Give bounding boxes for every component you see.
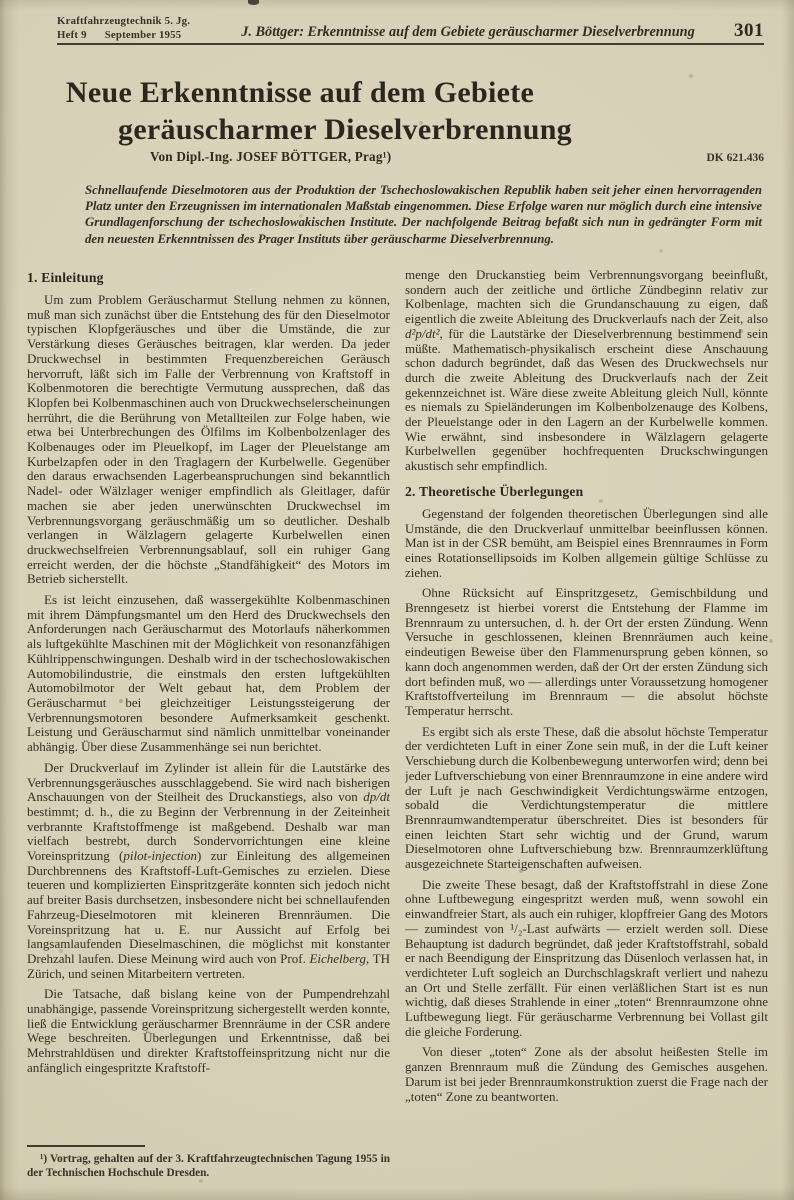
title-line-2: geräuscharmer Dieselverbrennung: [110, 111, 580, 148]
journal-page: Kraftfahrzeugtechnik 5. Jg. Heft 9 Septe…: [0, 0, 794, 1200]
running-title: J. Böttger: Erkenntnisse auf dem Gebiete…: [232, 24, 704, 42]
body-paragraph: Es ergibt sich als erste These, daß die …: [405, 725, 768, 872]
journal-name: Kraftfahrzeugtechnik 5. Jg.: [57, 14, 232, 28]
text-columns: 1. Einleitung Um zum Problem Geräuscharm…: [27, 268, 768, 1180]
paper-speckles: [0, 0, 2, 2]
running-head: Kraftfahrzeugtechnik 5. Jg. Heft 9 Septe…: [57, 14, 764, 42]
body-paragraph-continuation: menge den Druckanstieg beim Verbrennungs…: [405, 268, 768, 474]
body-paragraph: Ohne Rücksicht auf Einspritzgesetz, Gemi…: [405, 586, 768, 718]
footnote-block: ¹) Vortrag, gehalten auf der 3. Kraftfah…: [27, 1137, 390, 1180]
body-paragraph: Gegenstand der folgenden theoretischen Ü…: [405, 507, 768, 581]
column-right: menge den Druckanstieg beim Verbrennungs…: [405, 268, 768, 1180]
title-line-1: Neue Erkenntnisse auf dem Gebiete: [20, 74, 580, 111]
body-paragraph: Die Tatsache, daß bislang keine von der …: [27, 987, 390, 1075]
journal-info: Kraftfahrzeugtechnik 5. Jg. Heft 9 Septe…: [57, 14, 232, 42]
article-title: Neue Erkenntnisse auf dem Gebiete geräus…: [20, 74, 580, 148]
body-paragraph: Es ist leicht einzusehen, daß wassergekü…: [27, 593, 390, 755]
journal-issue-number: Heft 9: [57, 28, 87, 42]
scan-artifact: [248, 0, 259, 5]
journal-issue: Heft 9 September 1955: [57, 28, 232, 42]
abstract: Schnellaufende Dieselmotoren aus der Pro…: [85, 182, 762, 247]
body-paragraph: Der Druckverlauf im Zylinder ist allein …: [27, 761, 390, 982]
section-2-heading: 2. Theoretische Überlegungen: [405, 484, 768, 500]
dk-classification: DK 621.436: [707, 152, 765, 164]
column-left: 1. Einleitung Um zum Problem Geräuscharm…: [27, 268, 390, 1180]
author-byline: Von Dipl.-Ing. JOSEF BÖTTGER, Prag¹): [150, 149, 391, 165]
page-number: 301: [704, 20, 764, 42]
footnote-rule: [27, 1145, 145, 1147]
section-1-heading: 1. Einleitung: [27, 270, 390, 286]
body-paragraph: Um zum Problem Geräuscharmut Stellung ne…: [27, 293, 390, 587]
journal-issue-date: September 1955: [105, 28, 182, 42]
byline-row: Von Dipl.-Ing. JOSEF BÖTTGER, Prag¹) DK …: [150, 149, 764, 165]
footnote: ¹) Vortrag, gehalten auf der 3. Kraftfah…: [27, 1152, 390, 1180]
body-paragraph: Von dieser „toten“ Zone als der absolut …: [405, 1045, 768, 1104]
header-rule: [57, 43, 764, 45]
body-paragraph: Die zweite These besagt, daß der Kraftst…: [405, 878, 768, 1040]
